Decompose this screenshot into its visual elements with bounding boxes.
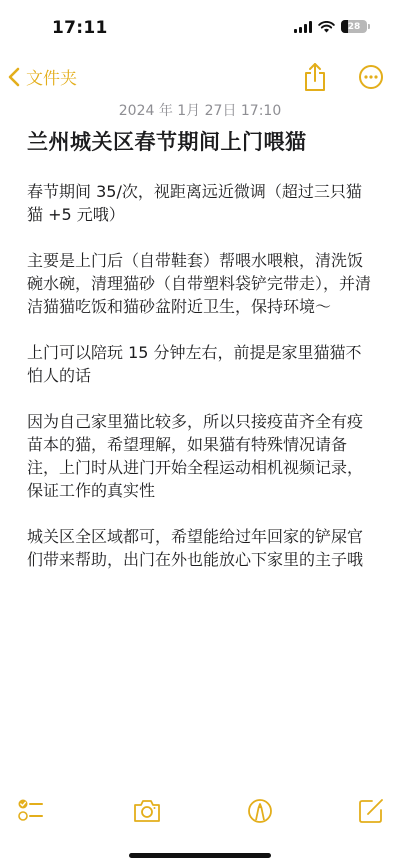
- note-paragraph: 城关区全区域都可，希望能给过年回家的铲屎官们带来帮助，出门在外也能放心下家里的主…: [27, 525, 373, 571]
- back-button[interactable]: 文件夹: [8, 64, 77, 89]
- share-button[interactable]: [302, 62, 328, 92]
- status-icons: 28: [294, 20, 370, 33]
- back-label: 文件夹: [26, 64, 77, 89]
- more-button[interactable]: [358, 64, 384, 90]
- status-bar: 17:11 28: [0, 0, 400, 56]
- note-paragraph: 上门可以陪玩 15 分钟左右，前提是家里猫猫不怕人的话: [27, 341, 373, 387]
- note-paragraph: 主要是上门后（自带鞋套）帮喂水喂粮，清洗饭碗水碗，清理猫砂（自带塑料袋铲完带走）…: [27, 249, 373, 318]
- markup-button[interactable]: [245, 796, 275, 826]
- battery-level: 28: [348, 22, 361, 32]
- bottom-toolbar: [0, 792, 400, 832]
- note-title[interactable]: 兰州城关区春节期间上门喂猫: [27, 126, 307, 156]
- note-paragraph: 因为自己家里猫比较多，所以只接疫苗齐全有疫苗本的猫，希望理解，如果猫有特殊情况请…: [27, 410, 373, 502]
- checklist-icon: [16, 796, 46, 826]
- more-icon: [358, 64, 384, 90]
- battery-icon: 28: [341, 20, 370, 33]
- wifi-icon: [318, 21, 335, 33]
- home-indicator[interactable]: [129, 853, 271, 858]
- compose-icon: [356, 796, 386, 826]
- note-date: 2024 年 1月 27日 17:10: [0, 100, 400, 120]
- checklist-button[interactable]: [16, 796, 46, 826]
- compose-button[interactable]: [356, 796, 386, 826]
- camera-icon: [132, 796, 162, 826]
- signal-icon: [294, 21, 312, 33]
- share-icon: [302, 62, 328, 92]
- markup-icon: [245, 796, 275, 826]
- camera-button[interactable]: [132, 796, 162, 826]
- note-paragraph: 春节期间 35/次，视距离远近微调（超过三只猫猫 +5 元哦）: [27, 180, 373, 226]
- nav-bar: 文件夹: [0, 56, 400, 100]
- chevron-left-icon: [8, 67, 20, 87]
- status-time: 17:11: [52, 18, 108, 38]
- note-body[interactable]: 春节期间 35/次，视距离远近微调（超过三只猫猫 +5 元哦） 主要是上门后（自…: [27, 180, 373, 594]
